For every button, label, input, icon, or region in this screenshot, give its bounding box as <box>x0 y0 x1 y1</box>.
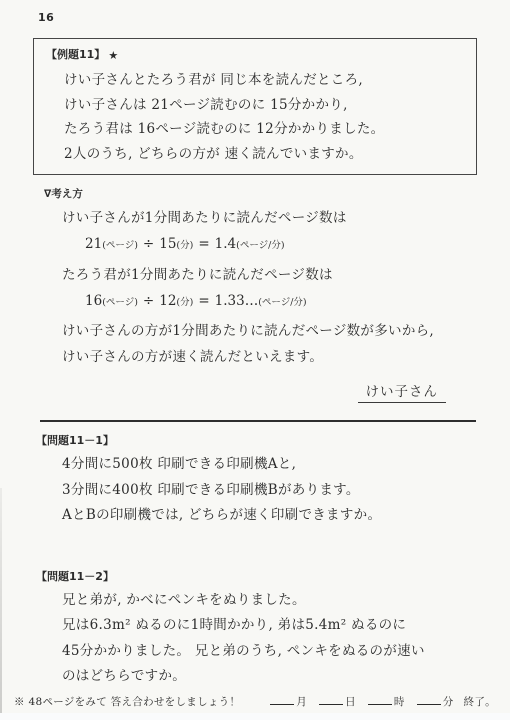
formula-unit: (ページ/分) <box>258 297 306 308</box>
end-label: 終了。 <box>464 696 496 708</box>
scan-bottom-strip <box>0 713 510 720</box>
example-box: 【例題11】★ けい子さんとたろう君が 同じ本を読んだところ, けい子さんは 2… <box>33 38 477 175</box>
blank-day-field <box>319 694 343 705</box>
blank-minute-field <box>417 694 441 705</box>
formula-value: 16 <box>85 293 102 309</box>
example-title: 【例題11】★ <box>46 46 464 65</box>
formula-value: 21 <box>85 236 102 252</box>
divide-operator: ÷ <box>138 293 159 309</box>
section-divider <box>40 420 476 422</box>
blank-hour-field <box>368 694 392 705</box>
formula-unit: (分) <box>176 297 193 308</box>
solution-section: ∇考え方 けい子さんが1分間あたりに読んだページ数は 21(ページ)÷15(分)… <box>0 186 510 403</box>
blank-month-field <box>270 694 294 705</box>
formula-unit: (ページ) <box>102 297 138 308</box>
hour-label: 時 <box>394 696 405 708</box>
formula-result: 1.33… <box>215 293 259 309</box>
minute-label: 分 <box>443 696 454 708</box>
formula-value: 15 <box>159 236 176 252</box>
problem-11-1: 【問題11－1】 4分間に500枚 印刷できる印刷機Aと, 3分間に400枚 印… <box>0 432 510 525</box>
solution-conclusion: けい子さんの方が1分間あたりに読んだページ数が多いから, <box>62 323 510 340</box>
star-icon: ★ <box>108 49 118 62</box>
problem-line: 3分間に400枚 印刷できる印刷機Bがあります。 <box>62 482 510 500</box>
example-line: けい子さんとたろう君が 同じ本を読んだところ, <box>64 68 464 93</box>
problem-line: 兄と弟が, かべにペンキをぬりました。 <box>62 592 510 610</box>
problem-line: 45分かかりました。 兄と弟のうち, ペンキをぬるのが速い <box>62 643 510 661</box>
problem-line: のはどちらですか。 <box>62 668 510 686</box>
answer-row: けい子さん <box>0 380 446 403</box>
problem-line: 兄は6.3m² ぬるのに1時間かかり, 弟は5.4m² ぬるのに <box>62 617 510 635</box>
example-line: けい子さんは 21ページ読むのに 15分かかり, <box>64 93 464 118</box>
problem-title: 【問題11－2】 <box>36 568 510 584</box>
solution-formula-keiko: 21(ページ)÷15(分)=1.4(ページ/分) <box>85 236 510 254</box>
formula-unit: (ページ/分) <box>236 240 284 251</box>
answer-check-note: ※ 48ページをみて 答え合わせをしましょう！ <box>14 696 240 708</box>
problem-title: 【問題11－1】 <box>36 432 510 448</box>
page-number: 16 <box>0 0 510 24</box>
answer-text: けい子さん <box>358 380 447 403</box>
problem-11-2: 【問題11－2】 兄と弟が, かべにペンキをぬりました。 兄は6.3m² ぬるの… <box>0 568 510 686</box>
problem-line: 4分間に500枚 印刷できる印刷機Aと, <box>62 456 510 474</box>
month-label: 月 <box>296 696 307 708</box>
solution-conclusion: けい子さんの方が速く読んだといえます。 <box>62 349 510 366</box>
formula-unit: (分) <box>176 240 193 251</box>
equals-sign: = <box>193 293 214 309</box>
formula-result: 1.4 <box>215 236 236 252</box>
day-label: 日 <box>345 696 356 708</box>
example-title-label: 【例題11】 <box>46 48 105 61</box>
worksheet-page: 16 【例題11】★ けい子さんとたろう君が 同じ本を読んだところ, けい子さん… <box>0 0 510 720</box>
solution-heading: ∇考え方 <box>44 186 510 201</box>
example-line: たろう君は 16ページ読むのに 12分かかりました。 <box>64 117 464 142</box>
footer-note: ※ 48ページをみて 答え合わせをしましょう！月日時分終了。 <box>0 694 510 709</box>
problem-line: AとBの印刷機では, どちらが速く印刷できますか。 <box>62 507 510 525</box>
solution-formula-taro: 16(ページ)÷12(分)=1.33…(ページ/分) <box>85 293 510 311</box>
equals-sign: = <box>193 236 214 252</box>
solution-step-label: たろう君が1分間あたりに読んだページ数は <box>62 267 510 284</box>
formula-value: 12 <box>159 293 176 309</box>
formula-unit: (ページ) <box>102 240 138 251</box>
divide-operator: ÷ <box>138 236 159 252</box>
example-line: 2人のうち, どちらの方が 速く読んでいますか。 <box>64 142 464 167</box>
solution-step-label: けい子さんが1分間あたりに読んだページ数は <box>62 210 510 227</box>
